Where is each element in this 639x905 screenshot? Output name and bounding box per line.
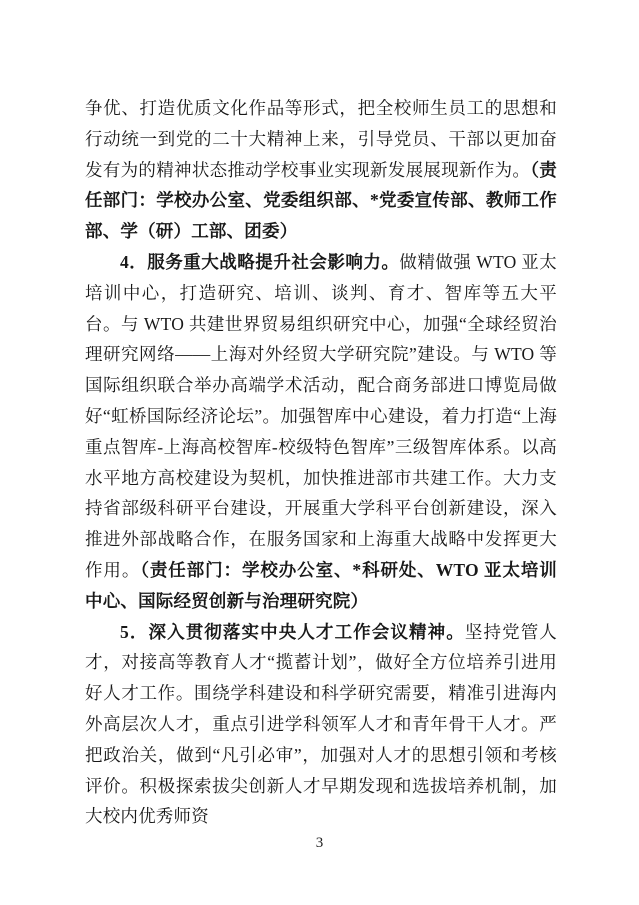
paragraph: 5．深入贯彻落实中央人才工作会议精神。坚持党管人才，对接高等教育人才“揽蓄计划”… — [85, 617, 557, 833]
document-body: 争优、打造优质文化作品等形式，把全校师生员工的思想和行动统一到党的二十大精神上来… — [85, 93, 557, 832]
text-run: 坚持党管人才，对接高等教育人才“揽蓄计划”，做好全方位培养引进用好人才工作。围绕… — [85, 622, 557, 827]
text-run-bold: 5．深入贯彻落实中央人才工作会议精神。 — [120, 622, 465, 642]
paragraph: 争优、打造优质文化作品等形式，把全校师生员工的思想和行动统一到党的二十大精神上来… — [85, 93, 557, 247]
text-run: 争优、打造优质文化作品等形式，把全校师生员工的思想和行动统一到党的二十大精神上来… — [85, 98, 557, 180]
document-page: 争优、打造优质文化作品等形式，把全校师生员工的思想和行动统一到党的二十大精神上来… — [0, 0, 639, 905]
text-run: 做精做强 WTO 亚太培训中心，打造研究、培训、谈判、育才、智库等五大平台。与 … — [85, 252, 557, 580]
text-run-bold: （责任部门：学校办公室、*科研处、WTO 亚太培训中心、国际经贸创新与治理研究院… — [85, 560, 557, 611]
page-number: 3 — [0, 835, 639, 852]
text-run-bold: 4．服务重大战略提升社会影响力。 — [120, 252, 399, 272]
paragraph: 4．服务重大战略提升社会影响力。做精做强 WTO 亚太培训中心，打造研究、培训、… — [85, 247, 557, 617]
